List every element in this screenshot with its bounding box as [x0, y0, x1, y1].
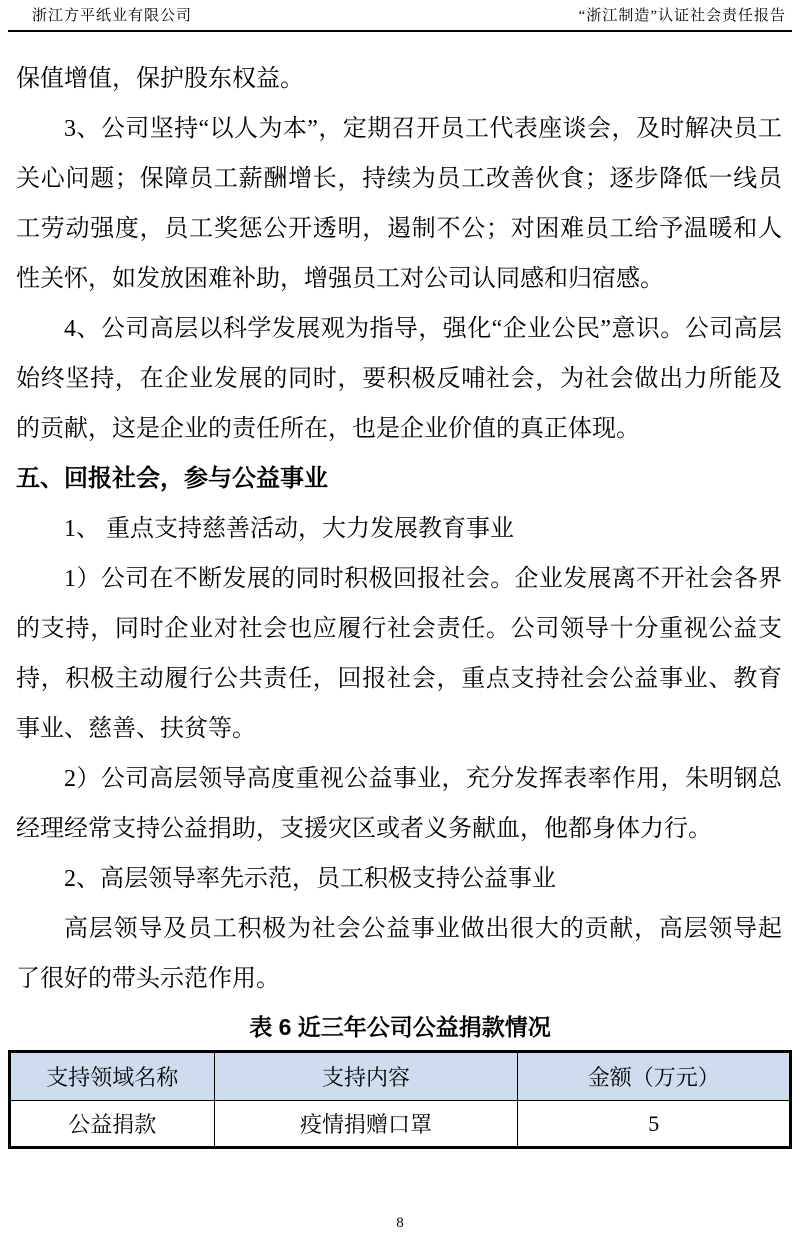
- section-heading: 五、回报社会，参与公益事业: [16, 454, 782, 504]
- paragraph-continuation: 保值增值，保护股东权益。: [16, 54, 782, 104]
- header-company-name: 浙江方平纸业有限公司: [32, 4, 192, 25]
- table-header-cell-content: 支持内容: [214, 1052, 518, 1101]
- subsection-1-paragraph-2: 2）公司高层领导高度重视公益事业，充分发挥表率作用，朱明钢总经理经常支持公益捐助…: [16, 754, 782, 854]
- page-number: 8: [396, 1215, 404, 1231]
- document-body: 保值增值，保护股东权益。 3、公司坚持“以人为本”，定期召开员工代表座谈会，及时…: [16, 54, 782, 1004]
- table-cell-amount: 5: [518, 1101, 791, 1148]
- table-row: 公益捐款 疫情捐赠口罩 5: [10, 1101, 791, 1148]
- paragraph-item-4: 4、公司高层以科学发展观为指导，强化“企业公民”意识。公司高层始终坚持，在企业发…: [16, 304, 782, 454]
- table-header-row: 支持领域名称 支持内容 金额（万元）: [10, 1052, 791, 1101]
- subsection-2-paragraph: 高层领导及员工积极为社会公益事业做出很大的贡献，高层领导起了很好的带头示范作用。: [16, 904, 782, 1004]
- table-cell-content: 疫情捐赠口罩: [214, 1101, 518, 1148]
- subsection-1-title: 1、 重点支持慈善活动，大力发展教育事业: [16, 504, 782, 554]
- subsection-1-paragraph-1: 1）公司在不断发展的同时积极回报社会。企业发展离不开社会各界的支持，同时企业对社…: [16, 554, 782, 754]
- table-cell-field: 公益捐款: [10, 1101, 215, 1148]
- page-header: 浙江方平纸业有限公司 “浙江制造”认证社会责任报告: [8, 0, 792, 32]
- paragraph-item-3: 3、公司坚持“以人为本”，定期召开员工代表座谈会，及时解决员工关心问题；保障员工…: [16, 104, 782, 304]
- table-title: 表 6 近三年公司公益捐款情况: [0, 1004, 800, 1050]
- subsection-2-title: 2、高层领导率先示范，员工积极支持公益事业: [16, 854, 782, 904]
- table-header-cell-amount: 金额（万元）: [518, 1052, 791, 1101]
- header-report-title: “浙江制造”认证社会责任报告: [579, 4, 786, 25]
- table-header-cell-field: 支持领域名称: [10, 1052, 215, 1101]
- donation-table: 支持领域名称 支持内容 金额（万元） 公益捐款 疫情捐赠口罩 5: [8, 1050, 792, 1149]
- page-footer: 8: [0, 1215, 800, 1232]
